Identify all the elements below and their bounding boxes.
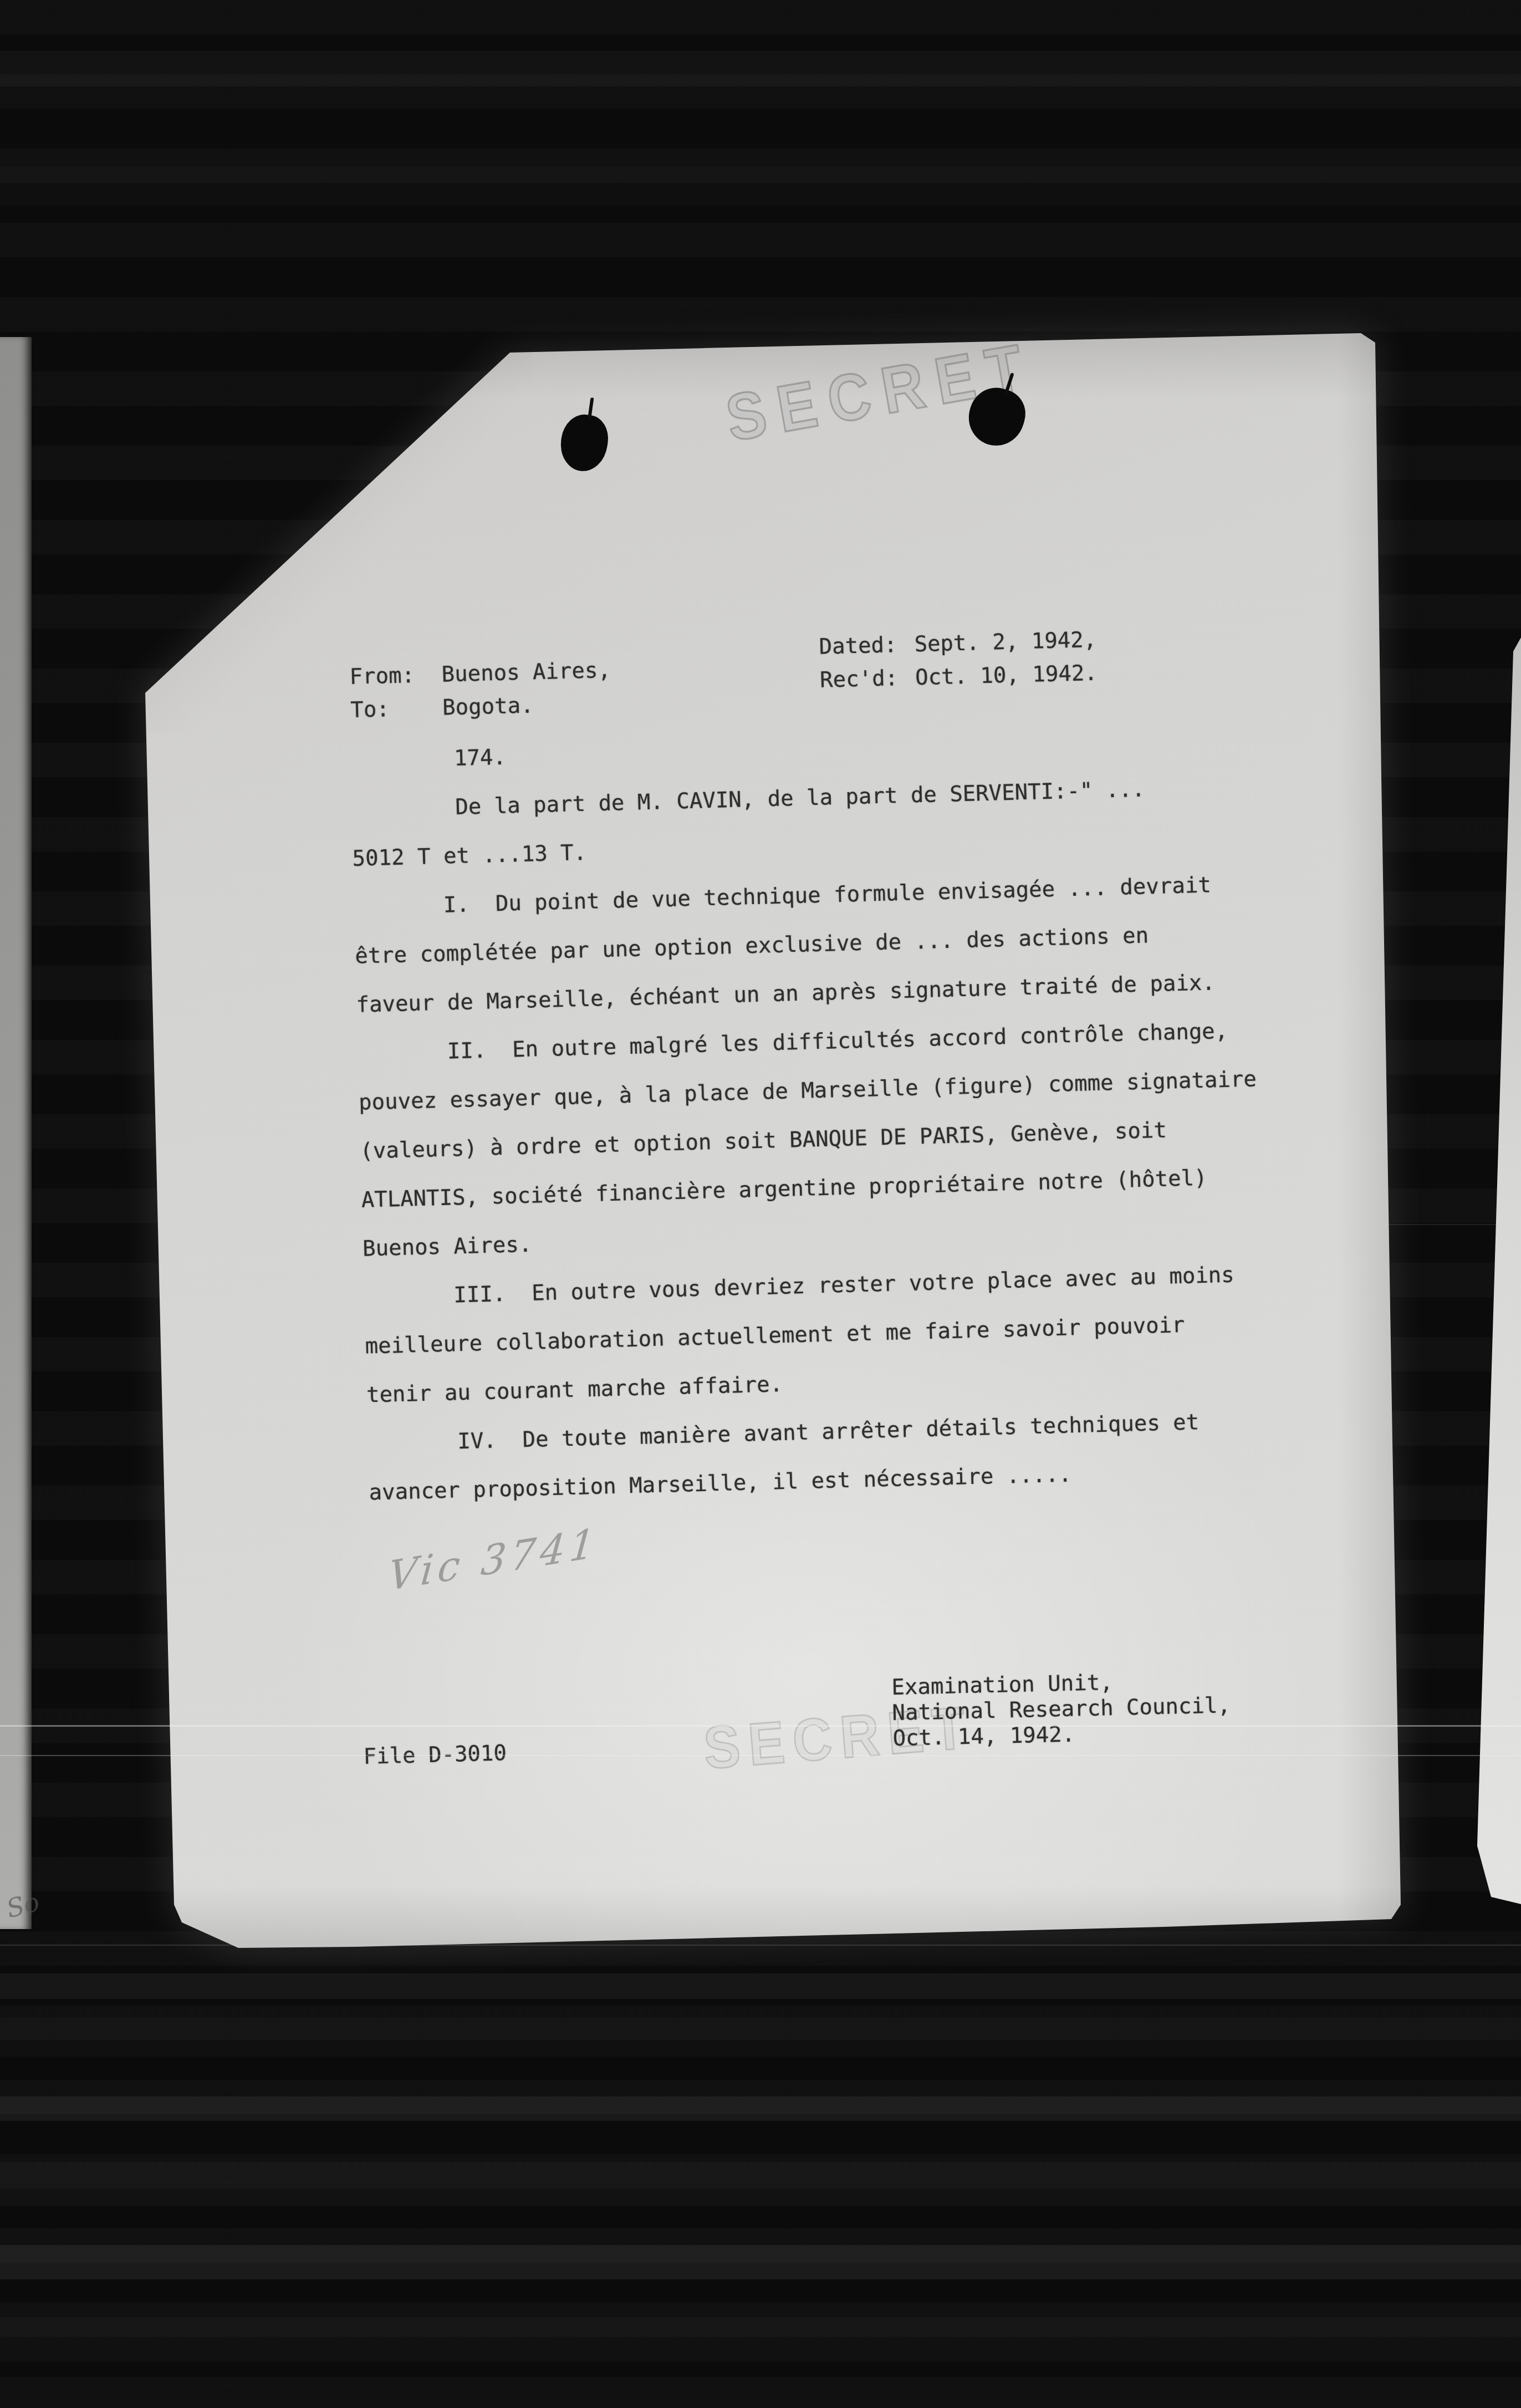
to-label: To: (350, 692, 443, 727)
fastener-tail (588, 397, 594, 420)
page-shadow: SECRET SECRET From: Buenos Aires, To: Bo… (0, 0, 1521, 2408)
received-row: Rec'd: Oct. 10, 1942. (819, 657, 1098, 697)
from-value: Buenos Aires, (441, 654, 611, 692)
file-number: File D-3010 (363, 1737, 507, 1774)
dated-label: Dated: (819, 628, 915, 664)
from-label: From: (349, 659, 442, 694)
from-row: From: Buenos Aires, (349, 654, 611, 694)
signature-block: Examination Unit, National Research Coun… (891, 1667, 1231, 1752)
to-row: To: Bogota. (350, 687, 613, 727)
received-value: Oct. 10, 1942. (915, 657, 1098, 695)
received-label: Rec'd: (819, 661, 916, 697)
fastener-dot-left (557, 412, 611, 475)
dated-value: Sept. 2, 1942, (914, 624, 1097, 662)
origin-block: From: Buenos Aires, To: Bogota. (349, 654, 612, 727)
paper-shading (1338, 310, 1410, 1951)
document-scan: So SECRET SECRET From: Buenos Aires, (0, 0, 1521, 2408)
dates-block: Dated: Sept. 2, 1942, Rec'd: Oct. 10, 19… (819, 624, 1098, 697)
to-value: Bogota. (442, 689, 534, 725)
telegram-page: SECRET SECRET From: Buenos Aires, To: Bo… (0, 0, 1521, 2408)
telegram-body: 174. De la part de M. CAVIN, de la part … (349, 712, 1345, 1518)
